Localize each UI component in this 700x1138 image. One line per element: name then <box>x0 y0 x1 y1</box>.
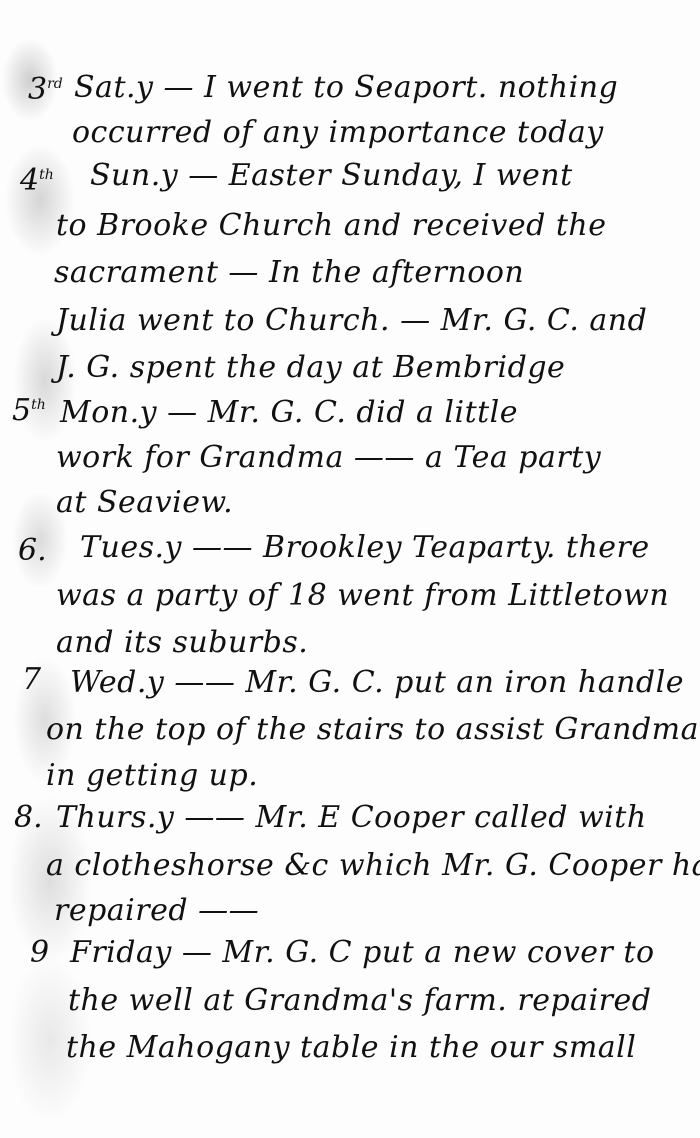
entry-line: to Brooke Church and received the <box>56 208 607 243</box>
date-suffix: rd <box>47 76 63 92</box>
entry-line: the Mahogany table in the our small <box>66 1030 636 1065</box>
entry-date-6: 6. <box>18 533 47 568</box>
entry-line: Tues.y —— Brookley Teaparty. there <box>80 530 650 565</box>
entry-line: at Seaview. <box>56 485 233 520</box>
entry-date-5: 5th <box>12 393 46 428</box>
entry-line: J. G. spent the day at Bembridge <box>56 350 565 385</box>
entry-line: repaired —— <box>54 893 259 928</box>
entry-line: Mon.y — Mr. G. C. did a little <box>60 395 518 430</box>
entry-line: in getting up. <box>46 758 258 793</box>
entry-line: was a party of 18 went from Littletown <box>56 578 669 613</box>
entry-line: the well at Grandma's farm. repaired <box>68 983 651 1018</box>
entry-line: Sat.y — I went to Seaport. nothing <box>74 70 618 105</box>
entry-line: Julia went to Church. — Mr. G. C. and <box>56 303 647 338</box>
entry-line: Friday — Mr. G. C put a new cover to <box>70 935 655 970</box>
entry-line: and its suburbs. <box>56 625 308 660</box>
entry-date-9: 9 <box>30 935 49 970</box>
date-number: 8. <box>14 800 43 835</box>
entry-line: Sun.y — Easter Sunday, I went <box>90 158 573 193</box>
entry-line: occurred of any importance today <box>72 115 604 150</box>
entry-date-4: 4th <box>20 163 54 198</box>
date-number: 7 <box>22 662 41 697</box>
diary-page: 3rd Sat.y — I went to Seaport. nothing o… <box>0 0 700 1138</box>
date-suffix: th <box>39 167 54 183</box>
date-number: 5 <box>12 393 31 428</box>
entry-line: sacrament — In the afternoon <box>54 255 524 290</box>
date-suffix: th <box>31 397 46 413</box>
entry-line: a clotheshorse &c which Mr. G. Cooper ha… <box>46 848 700 883</box>
date-number: 4 <box>20 163 39 198</box>
date-number: 6. <box>18 533 47 568</box>
entry-date-3: 3rd <box>28 72 63 107</box>
entry-date-8: 8. <box>14 800 43 835</box>
entry-line: on the top of the stairs to assist Grand… <box>46 712 699 747</box>
date-number: 9 <box>30 935 49 970</box>
date-number: 3 <box>28 72 47 107</box>
entry-date-7: 7 <box>22 662 41 697</box>
entry-line: Thurs.y —— Mr. E Cooper called with <box>56 800 647 835</box>
entry-line: work for Grandma —— a Tea party <box>56 440 601 475</box>
entry-line: Wed.y —— Mr. G. C. put an iron handle <box>70 665 684 700</box>
